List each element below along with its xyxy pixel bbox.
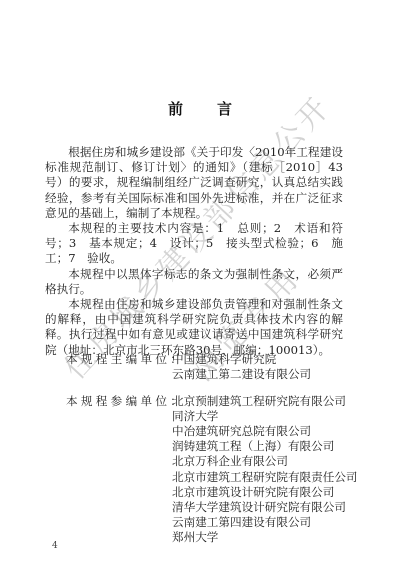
participating-editor-unit: 北京市建筑设计研究院有限公司 — [172, 485, 400, 500]
chief-editor-list: 中国建筑科学研究院 云南建工第二建设有限公司 — [172, 352, 400, 382]
document-page: 前言 根据住房和城乡建设部《关于印发〈2010年工程建设标准规范制订、修订计划〉… — [0, 0, 400, 579]
editor-units: 本规程主编单位： 中国建筑科学研究院 云南建工第二建设有限公司 本规程参编单位：… — [0, 340, 400, 557]
participating-editor-label: 本规程参编单位： — [66, 394, 170, 409]
participating-editor-unit: 清华大学建筑设计研究院有限公司 — [172, 500, 400, 515]
participating-editor-unit: 北京市建筑工程研究院有限责任公司 — [172, 470, 400, 485]
chief-editor-unit: 云南建工第二建设有限公司 — [172, 367, 400, 382]
paragraph-contents: 本规程的主要技术内容是：1 总则；2 术语和符号；3 基本规定；4 设计；5 接… — [45, 221, 343, 267]
participating-editor-unit: 同济大学 — [172, 409, 400, 424]
participating-editor-unit: 润铸建筑工程（上海）有限公司 — [172, 439, 400, 454]
participating-editor-unit: 郑州大学 — [172, 530, 400, 545]
paragraph-mandatory: 本规程中以黑体字标志的条文为强制性条文，必须严格执行。 — [45, 267, 343, 297]
page-title: 前言 — [0, 98, 400, 119]
participating-editor-unit: 北京万科企业有限公司 — [172, 454, 400, 469]
participating-editor-unit: 中冶建筑研究总院有限公司 — [172, 424, 400, 439]
chief-editor-group: 本规程主编单位： 中国建筑科学研究院 云南建工第二建设有限公司 — [0, 352, 400, 382]
preface-body: 根据住房和城乡建设部《关于印发〈2010年工程建设标准规范制订、修订计划〉的通知… — [45, 145, 343, 358]
participating-editor-unit: 北京预制建筑工程研究院有限公司 — [172, 394, 400, 409]
participating-editor-list: 北京预制建筑工程研究院有限公司 同济大学 中冶建筑研究总院有限公司 润铸建筑工程… — [172, 394, 400, 546]
paragraph-background: 根据住房和城乡建设部《关于印发〈2010年工程建设标准规范制订、修订计划〉的通知… — [45, 145, 343, 221]
participating-editor-unit: 云南建工第四建设有限公司 — [172, 515, 400, 530]
page-number: 4 — [52, 541, 58, 551]
participating-editor-group: 本规程参编单位： 北京预制建筑工程研究院有限公司 同济大学 中冶建筑研究总院有限… — [0, 394, 400, 546]
chief-editor-unit: 中国建筑科学研究院 — [172, 352, 400, 367]
chief-editor-label: 本规程主编单位： — [66, 352, 170, 367]
